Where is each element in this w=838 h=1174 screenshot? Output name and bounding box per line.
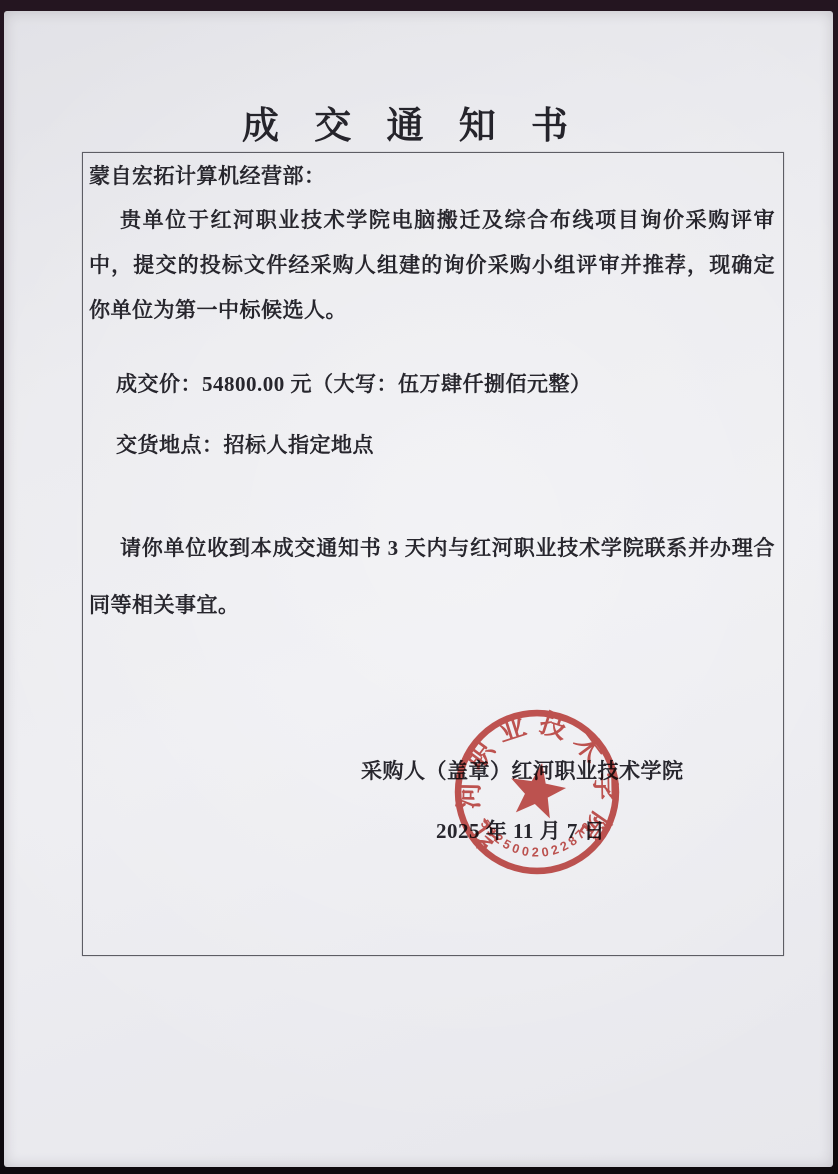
purchaser-signature-line: 采购人（盖章）红河职业技术学院 bbox=[361, 758, 684, 784]
paper-sheet: 成 交 通 知 书 蒙自宏拓计算机经营部： 贵单位于红河职业技术学院电脑搬迁及综… bbox=[4, 11, 833, 1167]
seal-outer-ring bbox=[458, 713, 616, 871]
content-frame: 蒙自宏拓计算机经营部： 贵单位于红河职业技术学院电脑搬迁及综合布线项目询价采购评… bbox=[82, 152, 784, 956]
date-line: 2025 年 11 月 7 日 bbox=[436, 818, 605, 844]
official-seal-stamp: 红河职业技术学院 5325002022873 bbox=[452, 707, 622, 877]
award-paragraph: 贵单位于红河职业技术学院电脑搬迁及综合布线项目询价采购评审中，提交的投标文件经采… bbox=[89, 198, 775, 333]
document-title: 成 交 通 知 书 bbox=[4, 95, 819, 149]
contact-instruction-paragraph: 请你单位收到本成交通知书 3 天内与红河职业技术学院联系并办理合同等相关事宜。 bbox=[89, 520, 775, 634]
price-line: 成交价：54800.00 元（大写：伍万肆仟捌佰元整） bbox=[116, 372, 592, 396]
seal-svg: 红河职业技术学院 5325002022873 bbox=[452, 707, 622, 877]
recipient-line: 蒙自宏拓计算机经营部： bbox=[89, 163, 326, 189]
scanned-page-background: 成 交 通 知 书 蒙自宏拓计算机经营部： 贵单位于红河职业技术学院电脑搬迁及综… bbox=[0, 0, 838, 1174]
delivery-location-line: 交货地点：招标人指定地点 bbox=[116, 433, 374, 457]
